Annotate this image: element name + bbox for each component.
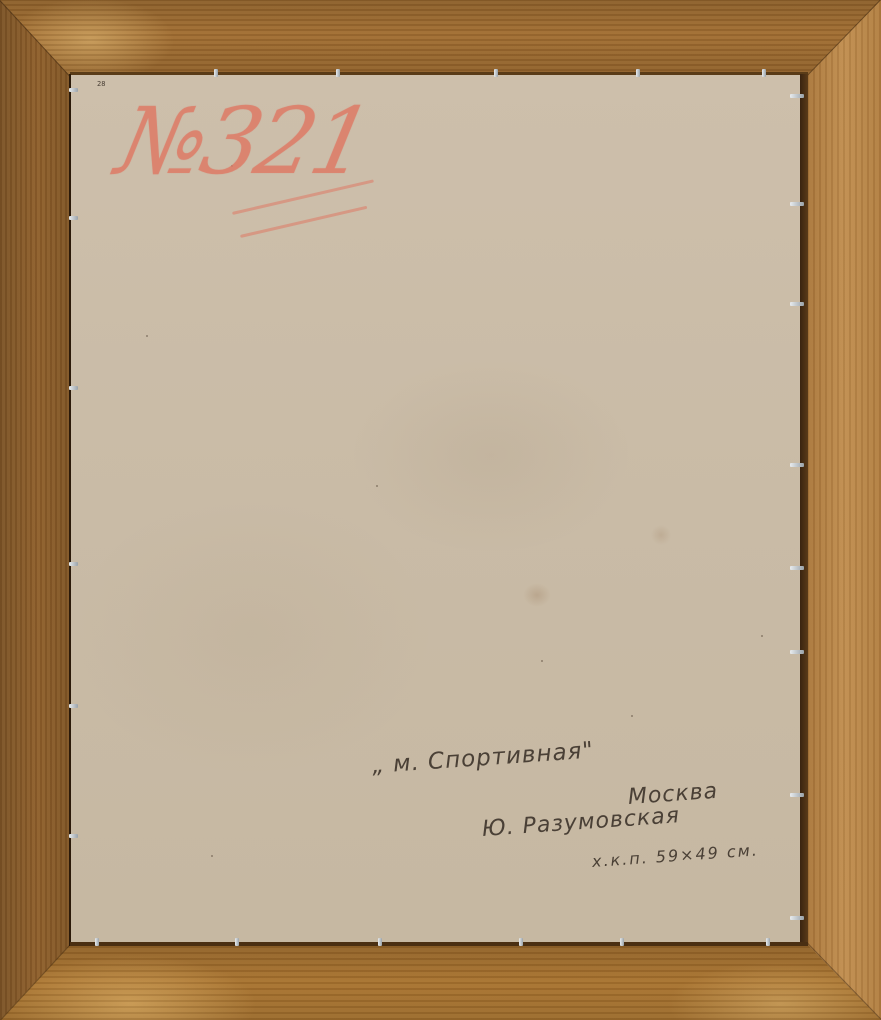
board-speck [631,715,633,717]
frame-rail-bottom [0,944,881,1020]
staple-left [69,562,78,566]
staple-bottom [378,938,382,946]
staple-left [69,704,78,708]
staple-bottom [766,938,770,946]
staple-left [69,386,78,390]
staple-top [494,69,498,77]
frame-rail-right [807,0,881,1020]
staple-left [69,834,78,838]
staple-right [790,916,804,920]
board-speck [146,335,148,337]
board-speck [211,855,213,857]
staple-left [69,88,78,92]
staple-top [336,69,340,77]
staple-right [790,566,804,570]
inventory-number: №321 [110,96,376,188]
staple-bottom [95,938,99,946]
staple-right [790,302,804,306]
staple-top [214,69,218,77]
staple-top [636,69,640,77]
framed-painting-back: 28 №321 „ м. Спортивная" Москва Ю. Разум… [0,0,881,1020]
staple-bottom [235,938,239,946]
backing-board [71,75,800,942]
board-speck [376,485,378,487]
frame-rail-left [0,0,70,1020]
staple-right [790,202,804,206]
corner-mark: 28 [97,80,105,88]
staple-bottom [620,938,624,946]
staple-right [790,793,804,797]
staple-top [762,69,766,77]
rebate-shadow-bottom [70,942,808,946]
staple-right [790,650,804,654]
board-speck [541,660,543,662]
frame-rail-top [0,0,881,76]
staple-right [790,94,804,98]
staple-bottom [519,938,523,946]
staple-left [69,216,78,220]
staple-right [790,463,804,467]
board-speck [761,635,763,637]
